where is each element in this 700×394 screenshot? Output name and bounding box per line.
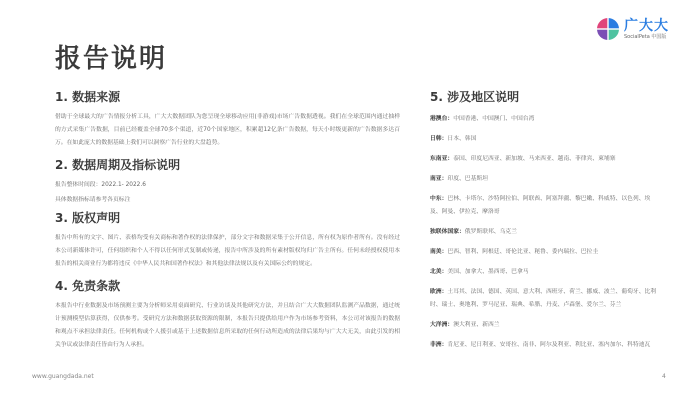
region-item: 南美：巴西、智利、阿根廷、哥伦比亚、秘鲁、委内瑞拉、巴拉圭 bbox=[430, 246, 660, 259]
section-copyright: 3. 版权声明 报告中所有的文字、图片、表格均受有关商标和著作权的法律保护，部分… bbox=[55, 209, 400, 271]
region-item: 北美：美国、加拿大、墨西哥、巴拿马 bbox=[430, 266, 660, 279]
region-label: 北美： bbox=[430, 269, 447, 275]
section-body: 借助于全球最大的广告情报分析工具，广大大数据团队为您呈现全球移动应用(非游戏)市… bbox=[55, 111, 400, 150]
footer-url[interactable]: www.guangdada.net bbox=[32, 373, 94, 380]
left-column: 1. 数据来源 借助于全球最大的广告情报分析工具，广大大数据团队为您呈现全球移动… bbox=[55, 88, 400, 358]
section-body: 报告中所有的文字、图片、表格均受有关商标和著作权的法律保护，部分文字和数据采集于… bbox=[55, 232, 400, 271]
brand-logo: 广大大 SocialPeta 中国版 bbox=[597, 18, 669, 40]
region-value: 日本、韩国 bbox=[447, 136, 476, 142]
region-label: 欧洲： bbox=[430, 289, 447, 295]
region-item: 大洋洲：澳大利亚、新西兰 bbox=[430, 319, 660, 332]
region-label: 非洲： bbox=[430, 342, 447, 348]
region-item: 南亚：印度、巴基斯坦 bbox=[430, 173, 660, 186]
region-item: 欧洲：土耳其、法国、德国、英国、意大利、西班牙、荷兰、挪威、波兰、葡萄牙、比利时… bbox=[430, 286, 660, 312]
region-label: 南亚： bbox=[430, 176, 447, 182]
right-column: 5. 涉及地区说明 港澳台：中国香港、中国澳门、中国台湾 日韩：日本、韩国 东南… bbox=[430, 88, 660, 359]
region-item: 港澳台：中国香港、中国澳门、中国台湾 bbox=[430, 113, 660, 126]
region-value: 肯尼亚、尼日利亚、安哥拉、南非、阿尔及利亚、利比亚、塞内加尔、科特迪瓦 bbox=[447, 342, 650, 348]
region-label: 中东： bbox=[430, 196, 447, 202]
region-item: 非洲：肯尼亚、尼日利亚、安哥拉、南非、阿尔及利亚、利比亚、塞内加尔、科特迪瓦 bbox=[430, 339, 660, 352]
region-value: 土耳其、法国、德国、英国、意大利、西班牙、荷兰、挪威、波兰、葡萄牙、比利时、瑞士… bbox=[430, 289, 656, 308]
region-value: 中国香港、中国澳门、中国台湾 bbox=[453, 116, 534, 122]
region-value: 泰国、印度尼西亚、新加坡、马来西亚、越南、菲律宾、柬埔寨 bbox=[453, 156, 615, 162]
region-value: 美国、加拿大、墨西哥、巴拿马 bbox=[447, 269, 528, 275]
logo-mark-icon bbox=[597, 18, 619, 40]
region-value: 印度、巴基斯坦 bbox=[447, 176, 488, 182]
logo-name: 广大大 bbox=[624, 19, 669, 33]
section-heading: 1. 数据来源 bbox=[55, 88, 400, 105]
region-value: 澳大利亚、新西兰 bbox=[453, 322, 499, 328]
region-item: 日韩：日本、韩国 bbox=[430, 133, 660, 146]
page-number: 4 bbox=[662, 373, 666, 380]
region-value: 巴林、卡塔尔、沙特阿拉伯、阿联酋、阿塞拜疆、黎巴嫩、科威特、以色列、埃及、阿曼、… bbox=[430, 196, 650, 215]
metrics-line: 具体数据指标请参考各页标注 bbox=[55, 194, 400, 203]
section-heading: 5. 涉及地区说明 bbox=[430, 88, 660, 105]
region-item: 中东：巴林、卡塔尔、沙特阿拉伯、阿联酋、阿塞拜疆、黎巴嫩、科威特、以色列、埃及、… bbox=[430, 193, 660, 219]
region-label: 港澳台： bbox=[430, 116, 453, 122]
section-heading: 4. 免责条款 bbox=[55, 277, 400, 294]
page-title: 报告说明 bbox=[55, 38, 167, 75]
region-value: 巴西、智利、阿根廷、哥伦比亚、秘鲁、委内瑞拉、巴拉圭 bbox=[447, 249, 598, 255]
section-period-metrics: 2. 数据周期及指标说明 报告整体时间段：2022.1- 2022.6 具体数据… bbox=[55, 156, 400, 203]
region-label: 南美： bbox=[430, 249, 447, 255]
region-item: 独联体国家：俄罗斯联邦、乌克兰 bbox=[430, 226, 660, 239]
region-label: 日韩： bbox=[430, 136, 447, 142]
region-label: 大洋洲： bbox=[430, 322, 453, 328]
section-body: 本报告中行业数据及市场预测主要为分析师采用桌面研究、行业访谈及其他研究方法，并且… bbox=[55, 300, 400, 352]
region-value: 俄罗斯联邦、乌克兰 bbox=[465, 229, 517, 235]
logo-subtitle: SocialPeta 中国版 bbox=[624, 35, 669, 40]
region-label: 独联体国家： bbox=[430, 229, 465, 235]
section-disclaimer: 4. 免责条款 本报告中行业数据及市场预测主要为分析师采用桌面研究、行业访谈及其… bbox=[55, 277, 400, 352]
section-heading: 3. 版权声明 bbox=[55, 209, 400, 226]
period-line: 报告整体时间段：2022.1- 2022.6 bbox=[55, 179, 400, 188]
section-heading: 2. 数据周期及指标说明 bbox=[55, 156, 400, 173]
region-item: 东南亚：泰国、印度尼西亚、新加坡、马来西亚、越南、菲律宾、柬埔寨 bbox=[430, 153, 660, 166]
region-label: 东南亚： bbox=[430, 156, 453, 162]
section-data-source: 1. 数据来源 借助于全球最大的广告情报分析工具，广大大数据团队为您呈现全球移动… bbox=[55, 88, 400, 150]
